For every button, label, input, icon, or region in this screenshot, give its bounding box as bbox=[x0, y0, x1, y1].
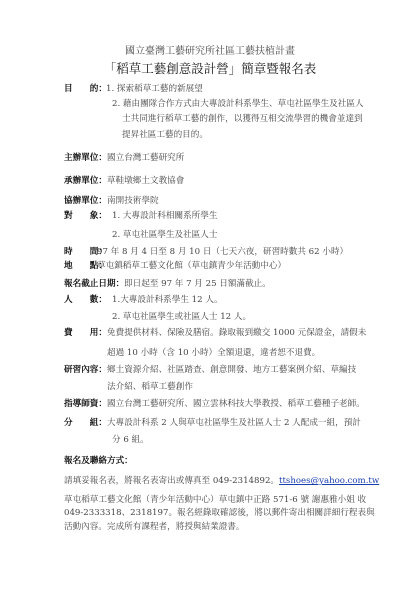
executor-label: 承辦單位： bbox=[64, 176, 107, 187]
content-line-2: 法介紹、稻草工藝創作 bbox=[107, 382, 193, 393]
purpose-label: 目 的： bbox=[64, 84, 107, 95]
purpose-item-2-cont2: 提昇社區工藝的目的。 bbox=[122, 130, 208, 141]
headcount-item-1: 1.大專設計科系學生 12 人。 bbox=[112, 295, 223, 306]
contact-line-4: 活動內容。完成所有課程者，將授與結業證書。 bbox=[64, 522, 244, 533]
contact-heading: 報名及聯絡方式： bbox=[64, 456, 133, 467]
contact-line-2: 草屯稻草工藝文化館（青少年活動中心）草屯鎮中正路 571-6 號 謝惠雅小姐 收 bbox=[64, 495, 366, 506]
content-label: 研習內容： bbox=[64, 365, 107, 376]
participants-item-2: 2. 草屯社區學生及社區人士 bbox=[112, 230, 217, 241]
participants-item-1: 1. 大專設計科相關系所學生 bbox=[112, 211, 217, 222]
participants-label: 對 象： bbox=[64, 211, 107, 222]
contact-line-3: 049-2333318、2318197。報名經錄取確認後，將以郵件寄出相關詳細行… bbox=[64, 508, 375, 519]
headcount-label: 人 數： bbox=[64, 295, 107, 306]
headcount-item-2: 2. 草屯社區學生或社區人士 12 人。 bbox=[112, 312, 251, 323]
grouping-line-2: 分 6 組。 bbox=[112, 435, 149, 446]
purpose-item-2-cont: 士共同進行稻草工藝的創作，以獲得互相交流學習的機會並達到 bbox=[122, 114, 363, 125]
executor-value: 草鞋墩鄉土文教協會 bbox=[107, 176, 184, 187]
grouping-line-1: 大專設計科系 2 人與草屯社區學生及社區人士 2 人配成一組，預計 bbox=[107, 418, 361, 429]
time-value: 97 年 8 月 4 日至 8 月 10 日（七天六夜，研習時數共 62 小時） bbox=[97, 247, 348, 258]
fee-label: 費 用： bbox=[64, 328, 107, 339]
fee-line-2: 超過 10 小時（含 10 小時）全額退還，違者恕不退費。 bbox=[107, 348, 320, 359]
purpose-item-2: 2. 藉由團隊合作方式由大專設計科系學生、草屯社區學生及社區人 bbox=[112, 99, 364, 110]
co-organizer-value: 南開技術學院 bbox=[107, 196, 159, 207]
grouping-label: 分 組： bbox=[64, 418, 107, 429]
contact-email-link[interactable]: ttshoes@yahoo.com.tw bbox=[279, 476, 379, 486]
organizer-label: 主辦單位： bbox=[64, 153, 107, 164]
place-value: 草屯鎮稻草工藝文化館（草屯鎮青少年活動中心） bbox=[97, 261, 286, 272]
co-organizer-label: 協辦單位： bbox=[64, 196, 107, 207]
document-subtitle: 國立臺灣工藝研究所社區工藝扶植計畫 bbox=[0, 46, 420, 57]
contact-line-1: 請填妥報名表，將報名表寄出或傳真至 049-2314892。ttshoes@ya… bbox=[64, 476, 379, 487]
deadline-value: 即日起至 97 年 7 月 25 日額滿截止。 bbox=[124, 279, 271, 290]
fee-line-1: 免費提供材料、保險及膳宿。錄取報到繳交 1000 元保證金，請假未 bbox=[107, 328, 366, 339]
organizer-value: 國立台灣工藝研究所 bbox=[107, 153, 184, 164]
deadline-label: 報名截止日期： bbox=[64, 279, 124, 290]
purpose-item-1: 1. 探索稻草工藝的新展望 bbox=[106, 84, 203, 95]
contact-instruction: 請填妥報名表，將報名表寄出或傳真至 049-2314892。 bbox=[64, 476, 279, 486]
instructors-label: 指導師資： bbox=[64, 399, 107, 410]
content-line-1: 鄉土資源介紹、社區踏查、創意開發、地方工藝案例介紹、草編技 bbox=[107, 365, 356, 376]
instructors-value: 國立台灣工藝研究所、國立雲林科技大學教授、稻草工藝種子老師。 bbox=[107, 399, 365, 410]
document-title: 「稻草工藝創意設計營」簡章暨報名表 bbox=[0, 63, 420, 74]
